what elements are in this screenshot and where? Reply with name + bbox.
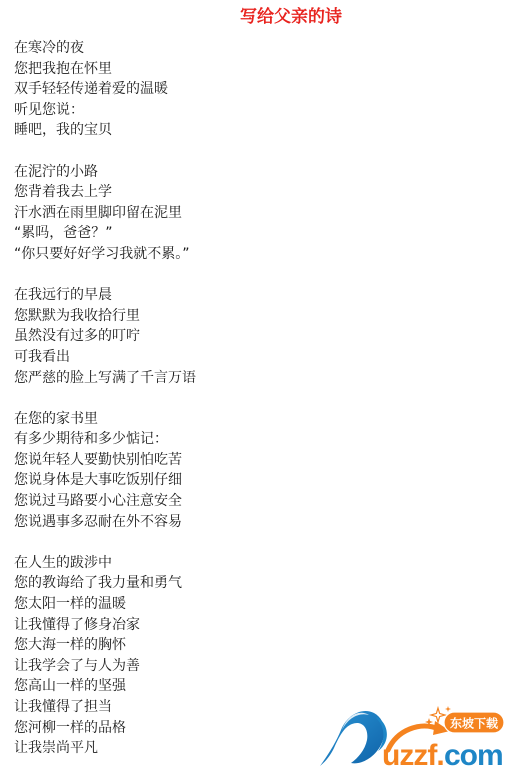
poem-stanza: 在您的家书里有多少期待和多少惦记：您说年轻人要勤快别怕吃苦您说身体是大事吃饭别仔… (14, 409, 506, 533)
poem-stanza: 在泥泞的小路您背着我去上学汗水洒在雨里脚印留在泥里“累吗，爸爸？”“你只要好好学… (14, 162, 506, 265)
poem-line: 您背着我去上学 (14, 182, 506, 203)
poem-line: 可我看出 (14, 347, 506, 368)
poem-line: 双手轻轻传递着爱的温暖 (14, 79, 506, 100)
poem-stanza: 在寒冷的夜您把我抱在怀里双手轻轻传递着爱的温暖听见您说：睡吧，我的宝贝 (14, 38, 506, 141)
poem-stanza: 在我远行的早晨您默默为我收拾行里虽然没有过多的叮咛可我看出您严慈的脸上写满了千言… (14, 285, 506, 388)
poem-line: 在人生的跋涉中 (14, 553, 506, 574)
uzzf-logo: 东坡下载 uzzf. com (318, 706, 506, 770)
download-badge: 东坡下载 (444, 712, 504, 733)
poem-line: 您说年轻人要勤快别怕吃苦 (14, 450, 506, 471)
poem-line: 您太阳一样的温暖 (14, 594, 506, 615)
poem-line: 您说过马路要小心注意安全 (14, 491, 506, 512)
poem-line: 睡吧，我的宝贝 (14, 120, 506, 141)
poem-line: 有多少期待和多少惦记： (14, 429, 506, 450)
poem-line: 您默默为我收拾行里 (14, 306, 506, 327)
poem-body: 在寒冷的夜您把我抱在怀里双手轻轻传递着爱的温暖听见您说：睡吧，我的宝贝在泥泞的小… (14, 38, 506, 759)
uzzf-swoosh-icon (320, 711, 387, 766)
uzzf-watermark: 东坡下载 uzzf. com (318, 706, 506, 770)
badge-label: 东坡下载 (450, 716, 498, 731)
poem-line: 在我远行的早晨 (14, 285, 506, 306)
poem-line: 您高山一样的坚强 (14, 676, 506, 697)
page-title: 写给父亲的诗 (38, 6, 506, 29)
domain-text: com (444, 739, 503, 770)
poem-line: 您说遇事多忍耐在外不容易 (14, 512, 506, 533)
poem-line: 您的教诲给了我力量和勇气 (14, 573, 506, 594)
poem-line: “你只要好好学习我就不累。” (14, 244, 506, 265)
poem-line: 您大海一样的胸怀 (14, 635, 506, 656)
poem-line: 让我学会了与人为善 (14, 656, 506, 677)
poem-line: 让我懂得了修身冶家 (14, 615, 506, 636)
poem-line: 汗水洒在雨里脚印留在泥里 (14, 203, 506, 224)
poem-page: 写给父亲的诗 在寒冷的夜您把我抱在怀里双手轻轻传递着爱的温暖听见您说：睡吧，我的… (0, 6, 506, 770)
poem-line: 在泥泞的小路 (14, 162, 506, 183)
brand-text: uzzf. (382, 739, 444, 770)
poem-line: “累吗，爸爸？” (14, 223, 506, 244)
poem-line: 在您的家书里 (14, 409, 506, 430)
poem-line: 在寒冷的夜 (14, 38, 506, 59)
poem-line: 您严慈的脸上写满了千言万语 (14, 368, 506, 389)
poem-line: 虽然没有过多的叮咛 (14, 326, 506, 347)
poem-line: 您说身体是大事吃饭别仔细 (14, 470, 506, 491)
poem-line: 听见您说： (14, 100, 506, 121)
poem-line: 您把我抱在怀里 (14, 59, 506, 80)
